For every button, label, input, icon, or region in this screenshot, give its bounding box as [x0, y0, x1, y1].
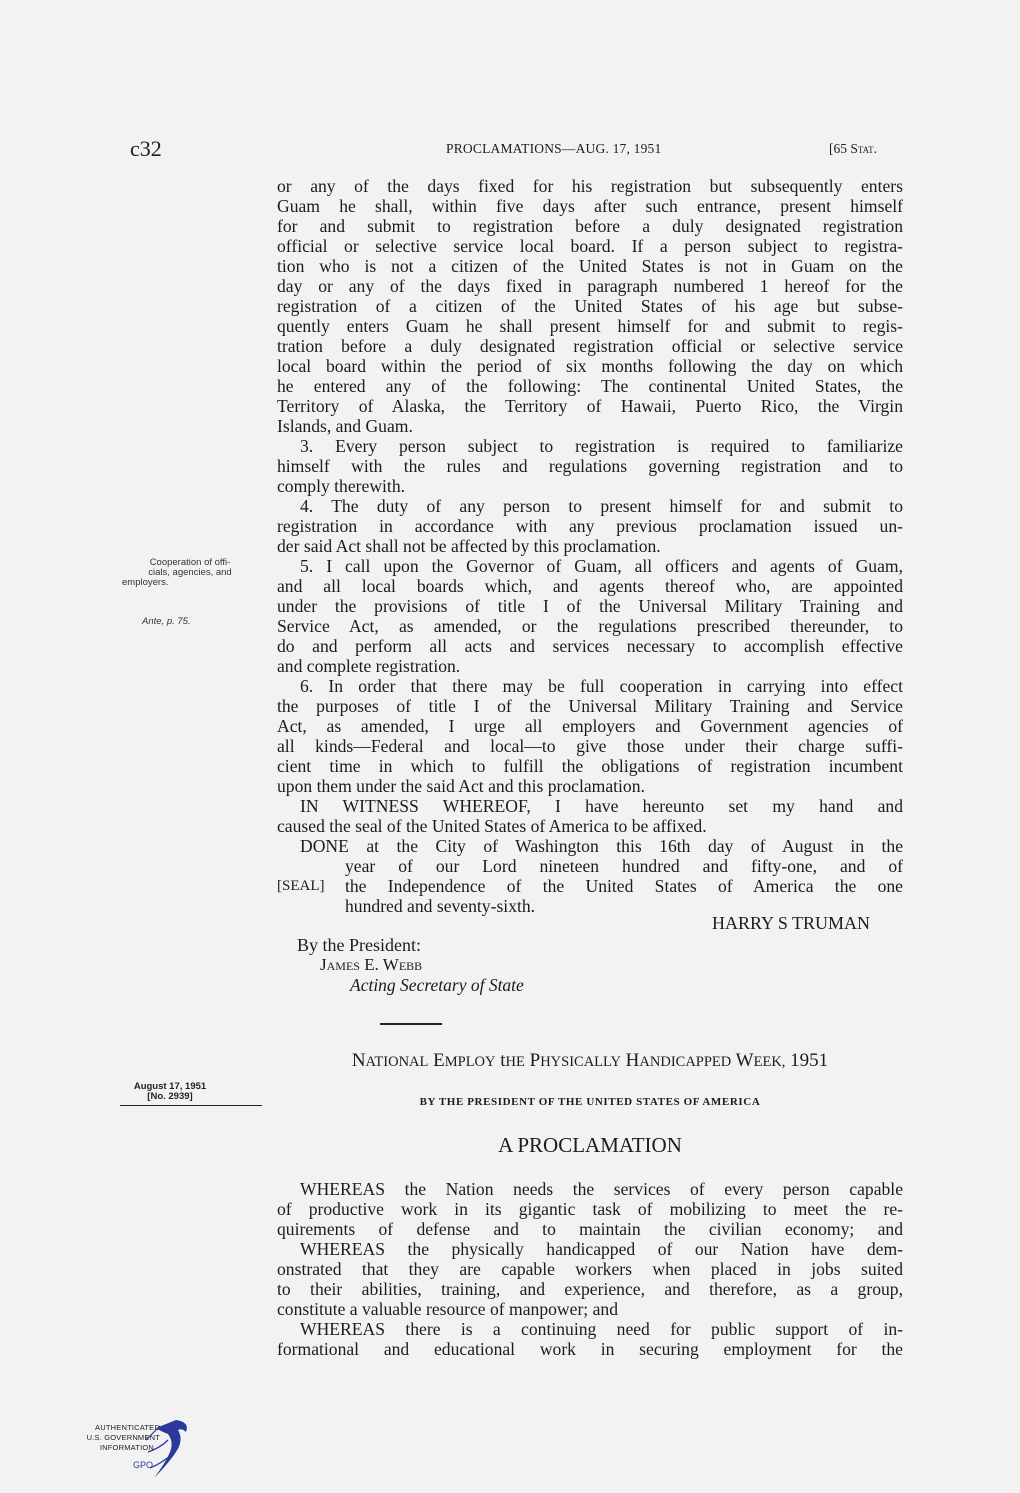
- text-line: tion who is not a citizen of the United …: [277, 256, 903, 276]
- text-line: and all local boards which, and agents t…: [277, 576, 903, 596]
- text-line: der said Act shall not be affected by th…: [277, 536, 903, 556]
- text-line: Islands, and Guam.: [277, 416, 903, 436]
- gpo-authentication-badge: AUTHENTICATED U.S. GOVERNMENT INFORMATIO…: [60, 1418, 210, 1480]
- text-line: 3. Every person subject to registration …: [277, 436, 903, 456]
- text-line: he entered any of the following: The con…: [277, 376, 903, 396]
- text-line: for and submit to registration before a …: [277, 216, 903, 236]
- text-line: Territory of Alaska, the Territory of Ha…: [277, 396, 903, 416]
- text-line: day or any of the days fixed in paragrap…: [277, 276, 903, 296]
- proclamation-title: NATIONAL EMPLOY tHE PHYSICALLY HANDICAPP…: [277, 1050, 903, 1072]
- by-the-president-line: BY THE PRESIDENT OF THE UNITED STATES OF…: [277, 1096, 903, 1108]
- margin-note-line: employers.: [120, 578, 260, 588]
- by-the-president: By the President:: [297, 935, 421, 956]
- text-line: upon them under the said Act and this pr…: [277, 776, 903, 796]
- text-line: registration in accordance with any prev…: [277, 516, 903, 536]
- volume-ref-prefix: [65: [829, 141, 850, 156]
- proclamation-number: [No. 2939]: [120, 1092, 220, 1102]
- text-line: Guam he shall, within five days after su…: [277, 196, 903, 216]
- whereas-clauses: WHEREAS the Nation needs the services of…: [277, 1179, 903, 1359]
- text-line: DONE at the City of Washington this 16th…: [277, 836, 903, 856]
- text-line: IN WITNESS WHEREOF, I have hereunto set …: [277, 796, 903, 816]
- text-line: cient time in which to fulfill the oblig…: [277, 756, 903, 776]
- done-line-3: [SEAL] the Independence of the United St…: [277, 876, 903, 896]
- document-page: c32 PROCLAMATIONS—AUG. 17, 1951 [65 Stat…: [0, 0, 1020, 1493]
- text-line: WHEREAS there is a continuing need for p…: [277, 1319, 903, 1339]
- text-line: local board within the period of six mon…: [277, 356, 903, 376]
- text-line: the purposes of title I of the Universal…: [277, 696, 903, 716]
- proclamation-heading: A PROCLAMATION: [277, 1133, 903, 1158]
- president-signature: HARRY S TRUMAN: [712, 913, 870, 934]
- date-block-rule: [120, 1105, 262, 1106]
- text-line: of productive work in its gigantic task …: [277, 1199, 903, 1219]
- margin-note-ante: Ante, p. 75.: [142, 617, 191, 627]
- seal-marker: [SEAL]: [277, 876, 325, 896]
- volume-ref-stat: Stat.: [850, 141, 877, 156]
- done-line-2: year of our Lord nineteen hundred and fi…: [277, 856, 903, 876]
- text-line: WHEREAS the physically handicapped of ou…: [277, 1239, 903, 1259]
- gpo-line-2: U.S. GOVERNMENT: [60, 1433, 160, 1442]
- text-line: 4. The duty of any person to present him…: [277, 496, 903, 516]
- text-line: 5. I call upon the Governor of Guam, all…: [277, 556, 903, 576]
- text-line: comply therewith.: [277, 476, 903, 496]
- text-line: constitute a valuable resource of manpow…: [277, 1299, 903, 1319]
- section-divider: [380, 1023, 442, 1025]
- gpo-line-3: INFORMATION: [60, 1443, 154, 1452]
- page-number: c32: [130, 136, 162, 162]
- eagle-icon: [146, 1418, 196, 1480]
- text-line: Act, as amended, I urge all employers an…: [277, 716, 903, 736]
- text-line: WHEREAS the Nation needs the services of…: [277, 1179, 903, 1199]
- text-line: tration before a duly designated registr…: [277, 336, 903, 356]
- text-line: to their abilities, training, and experi…: [277, 1279, 903, 1299]
- text-line: onstrated that they are capable workers …: [277, 1259, 903, 1279]
- text-line: quirements of defense and to maintain th…: [277, 1219, 903, 1239]
- text-line: do and perform all acts and services nec…: [277, 636, 903, 656]
- text-line: under the provisions of title I of the U…: [277, 596, 903, 616]
- secretary-title: Acting Secretary of State: [350, 975, 524, 996]
- done-line-3-text: the Independence of the United States of…: [345, 876, 903, 896]
- proclamation-date-block: August 17, 1951 [No. 2939]: [120, 1082, 220, 1102]
- text-line: and complete registration.: [277, 656, 903, 676]
- text-line: quently enters Guam he shall present him…: [277, 316, 903, 336]
- text-line: registration of a citizen of the United …: [277, 296, 903, 316]
- text-line: caused the seal of the United States of …: [277, 816, 903, 836]
- text-line: 6. In order that there may be full coope…: [277, 676, 903, 696]
- text-line: official or selective service local boar…: [277, 236, 903, 256]
- text-line: himself with the rules and regulations g…: [277, 456, 903, 476]
- text-line: or any of the days fixed for his registr…: [277, 176, 903, 196]
- done-block: year of our Lord nineteen hundred and fi…: [277, 856, 903, 916]
- body-text: or any of the days fixed for his registr…: [277, 176, 903, 856]
- proclamation-title-text: NATIONAL EMPLOY tHE PHYSICALLY HANDICAPP…: [352, 1050, 828, 1071]
- running-title: PROCLAMATIONS—AUG. 17, 1951: [446, 141, 661, 157]
- text-line: formational and educational work in secu…: [277, 1339, 903, 1359]
- gpo-line-1: AUTHENTICATED: [60, 1423, 160, 1432]
- secretary-name: James E. Webb: [320, 955, 422, 975]
- text-line: all kinds—Federal and local—to give thos…: [277, 736, 903, 756]
- text-line: Service Act, as amended, or the regulati…: [277, 616, 903, 636]
- margin-note-cooperation: Cooperation of offi- cials, agencies, an…: [120, 558, 260, 588]
- volume-reference: [65 Stat.: [829, 141, 877, 157]
